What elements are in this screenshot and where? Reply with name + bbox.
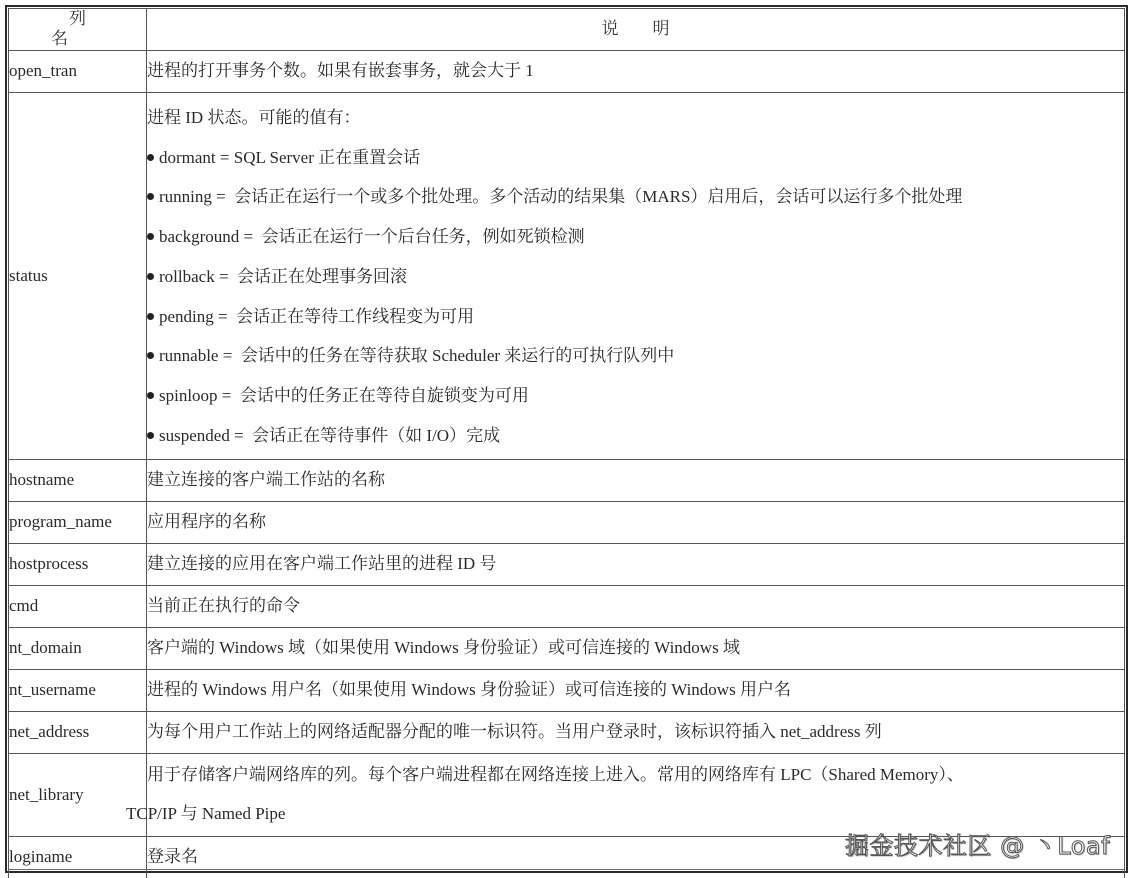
status-text: 会话正在运行一个或多个批处理。多个活动的结果集（MARS）启用后，会话可以运行多… <box>226 187 963 206</box>
cell-name: loginame <box>9 836 147 878</box>
cell-name: program_name <box>9 501 147 543</box>
status-key: suspended = <box>159 426 244 445</box>
status-text: 会话正在等待工作线程变为可用 <box>228 307 475 326</box>
status-text: 会话中的任务在等待获取 Scheduler 来运行的可执行队列中 <box>232 346 674 365</box>
cell-name: nt_username <box>9 669 147 711</box>
table-row-hostname: hostname 建立连接的客户端工作站的名称 <box>9 459 1125 501</box>
status-item-spinloop: spinloop = 会话中的任务正在等待自旋锁变为可用 <box>147 385 1124 407</box>
cell-description: 建立连接的客户端工作站的名称 <box>147 459 1125 501</box>
status-text: 会话正在运行一个后台任务，例如死锁检测 <box>253 227 585 246</box>
table-row-nt-username: nt_username 进程的 Windows 用户名（如果使用 Windows… <box>9 669 1125 711</box>
header-description: 说明 <box>147 9 1125 51</box>
cell-name: nt_domain <box>9 627 147 669</box>
column-description-table: 列名 说明 open_tran 进程的打开事务个数。如果有嵌套事务，就会大于 1… <box>8 8 1125 878</box>
cell-description: 为每个用户工作站上的网络适配器分配的唯一标识符。当用户登录时，该标识符插入 ne… <box>147 711 1125 753</box>
status-key: dormant = <box>159 148 230 167</box>
status-key: background = <box>159 227 253 246</box>
table-row-loginame: loginame 登录名 <box>9 836 1125 878</box>
header-description-label: 说明 <box>568 19 704 39</box>
bullet-icon <box>147 392 154 399</box>
bullet-icon <box>147 193 154 200</box>
description-line-2: TCP/IP 与 Named Pipe <box>126 804 1124 824</box>
header-column-name: 列名 <box>9 9 147 51</box>
bullet-icon <box>147 273 154 280</box>
status-text: 会话中的任务正在等待自旋锁变为可用 <box>231 386 529 405</box>
cell-description: 进程 ID 状态。可能的值有： dormant = SQL Server 正在重… <box>147 92 1125 459</box>
cell-name: hostprocess <box>9 543 147 585</box>
cell-name: cmd <box>9 585 147 627</box>
status-item-rollback: rollback = 会话正在处理事务回滚 <box>147 266 1124 288</box>
status-text: SQL Server 正在重置会话 <box>230 148 421 167</box>
cell-description: 进程的 Windows 用户名（如果使用 Windows 身份验证）或可信连接的… <box>147 669 1125 711</box>
bullet-icon <box>147 313 154 320</box>
cell-description: 应用程序的名称 <box>147 501 1125 543</box>
status-key: runnable = <box>159 346 232 365</box>
cell-name: hostname <box>9 459 147 501</box>
table-row-nt-domain: nt_domain 客户端的 Windows 域（如果使用 Windows 身份… <box>9 627 1125 669</box>
table-row-cmd: cmd 当前正在执行的命令 <box>9 585 1125 627</box>
table-row-net-library: net_library 用于存储客户端网络库的列。每个客户端进程都在网络连接上进… <box>9 753 1125 836</box>
status-key: spinloop = <box>159 386 231 405</box>
description-line-1: 用于存储客户端网络库的列。每个客户端进程都在网络连接上进入。常用的网络库有 LP… <box>147 765 1124 785</box>
cell-name: net_address <box>9 711 147 753</box>
table-row-net-address: net_address 为每个用户工作站上的网络适配器分配的唯一标识符。当用户登… <box>9 711 1125 753</box>
status-item-background: background = 会话正在运行一个后台任务，例如死锁检测 <box>147 226 1124 248</box>
status-key: running = <box>159 187 226 206</box>
bullet-icon <box>147 432 154 439</box>
cell-description: 登录名 <box>147 836 1125 878</box>
header-column-name-label: 列名 <box>33 9 122 49</box>
cell-description: 建立连接的应用在客户端工作站里的进程 ID 号 <box>147 543 1125 585</box>
cell-description: 客户端的 Windows 域（如果使用 Windows 身份验证）或可信连接的 … <box>147 627 1125 669</box>
status-key: pending = <box>159 307 228 326</box>
status-key: rollback = <box>159 267 229 286</box>
status-item-pending: pending = 会话正在等待工作线程变为可用 <box>147 306 1124 328</box>
bullet-icon <box>147 154 154 161</box>
table-row-open-tran: open_tran 进程的打开事务个数。如果有嵌套事务，就会大于 1 <box>9 50 1125 92</box>
status-text: 会话正在等待事件（如 I/O）完成 <box>244 426 500 445</box>
status-item-suspended: suspended = 会话正在等待事件（如 I/O）完成 <box>147 425 1124 447</box>
status-item-runnable: runnable = 会话中的任务在等待获取 Scheduler 来运行的可执行… <box>147 345 1124 367</box>
cell-description: 用于存储客户端网络库的列。每个客户端进程都在网络连接上进入。常用的网络库有 LP… <box>147 753 1125 836</box>
status-intro: 进程 ID 状态。可能的值有： <box>147 107 1124 129</box>
bullet-icon <box>147 233 154 240</box>
cell-description: 当前正在执行的命令 <box>147 585 1125 627</box>
cell-name: status <box>9 92 147 459</box>
table-row-status: status 进程 ID 状态。可能的值有： dormant = SQL Ser… <box>9 92 1125 459</box>
status-item-dormant: dormant = SQL Server 正在重置会话 <box>147 147 1124 169</box>
cell-name: open_tran <box>9 50 147 92</box>
cell-description: 进程的打开事务个数。如果有嵌套事务，就会大于 1 <box>147 50 1125 92</box>
status-item-running: running = 会话正在运行一个或多个批处理。多个活动的结果集（MARS）启… <box>147 186 1124 208</box>
table-row-program-name: program_name 应用程序的名称 <box>9 501 1125 543</box>
bullet-icon <box>147 352 154 359</box>
status-text: 会话正在处理事务回滚 <box>229 267 408 286</box>
status-value-list: 进程 ID 状态。可能的值有： dormant = SQL Server 正在重… <box>147 105 1124 447</box>
header-row: 列名 说明 <box>9 9 1125 51</box>
table-row-hostprocess: hostprocess 建立连接的应用在客户端工作站里的进程 ID 号 <box>9 543 1125 585</box>
